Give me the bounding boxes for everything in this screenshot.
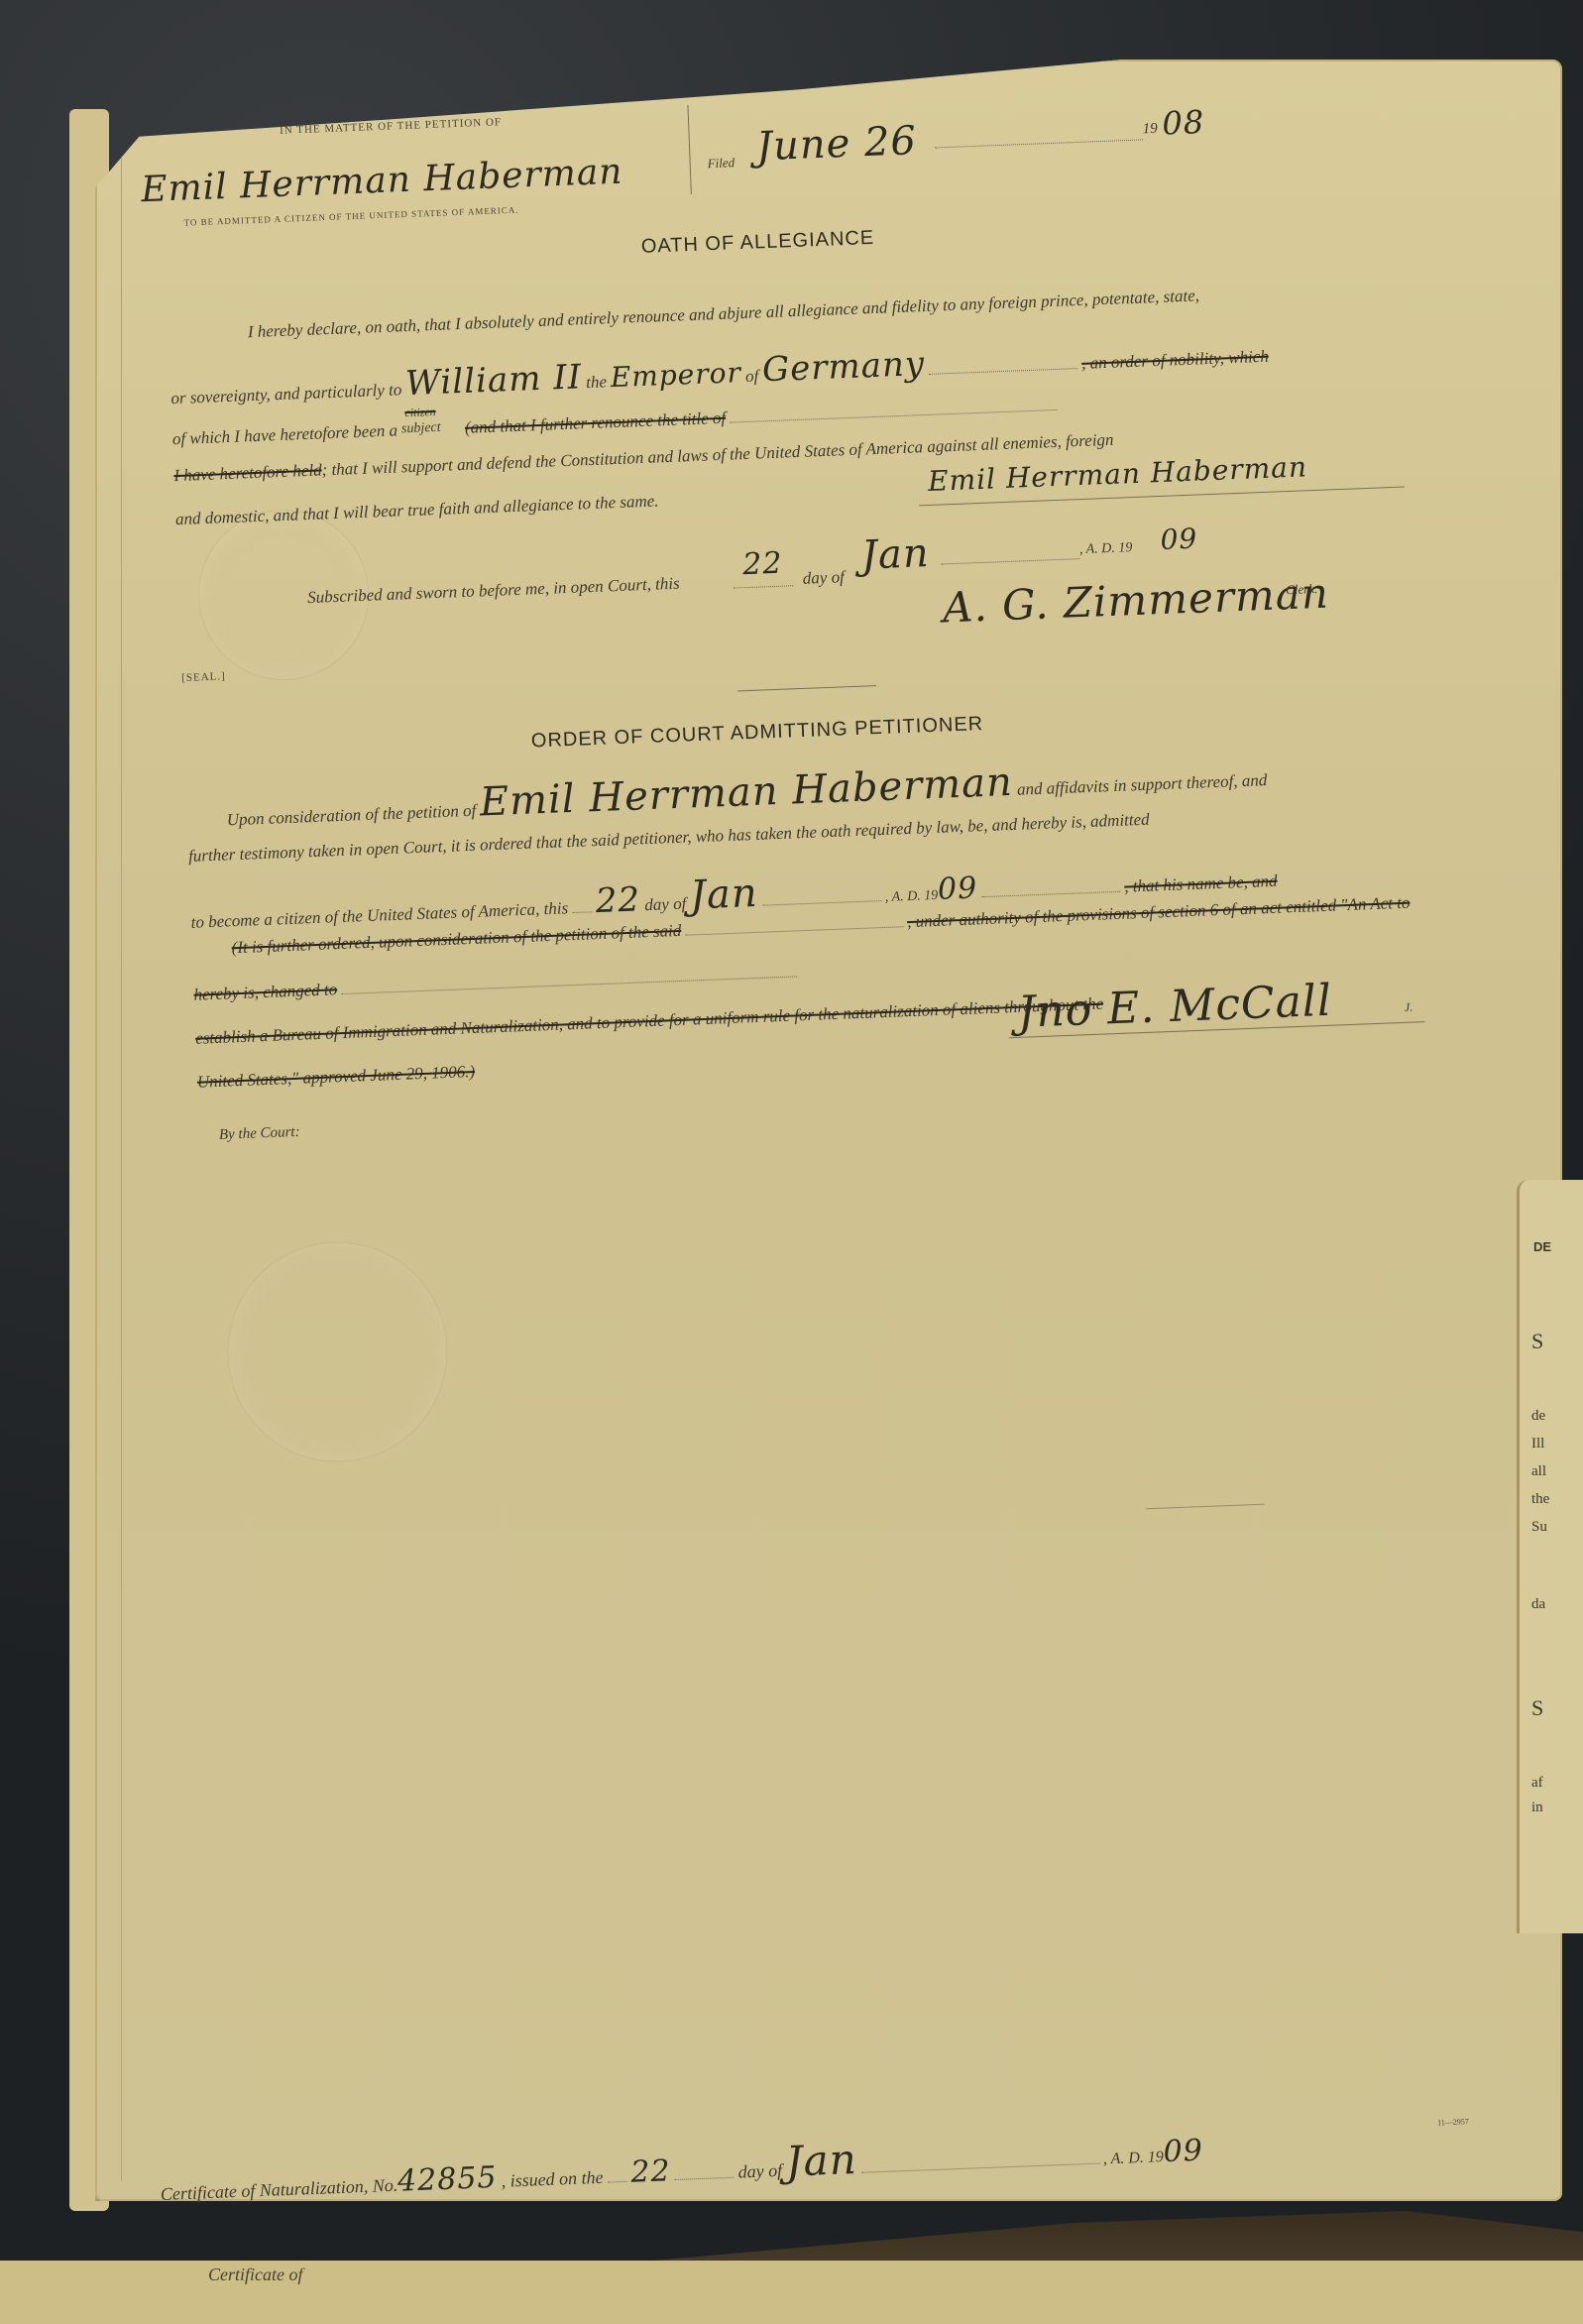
struck-paragraph-line-3: establish a Bureau of Immigration and Na… (195, 994, 1104, 1049)
certificate-day-handwritten: 22 (630, 2153, 672, 2190)
struck-title-clause: (and that I further renounce the title o… (465, 408, 727, 437)
filed-year-handwritten: 08 (1162, 103, 1205, 143)
blank-line (675, 2177, 735, 2180)
of-label: of (745, 366, 759, 385)
struck-paragraph-line-2: hereby is, changed to (193, 962, 797, 1004)
order-line-1-prefix: Upon consideration of the petition of (226, 801, 476, 830)
struck-changed-to: hereby is, changed to (193, 980, 337, 1004)
certificate-label: Certificate of Naturalization, No. (161, 2175, 398, 2204)
filed-date-handwritten: June 26 (755, 118, 917, 170)
oath-day-handwritten: 22 (742, 546, 784, 583)
order-title: ORDER OF COURT ADMITTING PETITIONER (531, 713, 984, 754)
seal-label: [SEAL.] (181, 670, 226, 684)
underlying-page: Certificate of (0, 2261, 1583, 2324)
the-label: the (586, 372, 607, 392)
inserted-subject: subject (401, 420, 441, 438)
stray-mark (1146, 1504, 1265, 1510)
certificate-day-of-label: day of (737, 2160, 782, 2182)
certificate-year-handwritten: 09 (1163, 2134, 1204, 2170)
petitioner-name-handwritten: Emil Herrman Haberman (141, 152, 624, 211)
clerk-signature: A. G. Zimmerman (942, 569, 1329, 633)
certificate-month-handwritten: Jan (785, 2135, 858, 2186)
day-line (734, 585, 793, 588)
order-day-of-label: day of (644, 894, 687, 915)
certificate-ad-label: , A. D. 19 (1103, 2149, 1165, 2167)
blank-line (762, 900, 881, 906)
by-court-label: By the Court: (219, 1124, 300, 1144)
struck-nobility-clause: , an order of nobility, which (1081, 347, 1269, 373)
oath-ad-label: , A. D. 19 (1079, 540, 1133, 558)
oath-line-2-prefix: or sovereignty, and particularly to (170, 380, 402, 407)
underlying-page-text: Certificate of (208, 2265, 302, 2285)
oath-title: OATH OF ALLEGIANCE (640, 227, 874, 259)
blank-line (608, 2181, 627, 2183)
oath-line-2: or sovereignty, and particularly to Will… (170, 331, 1269, 413)
month-line (941, 558, 1079, 564)
blank-line (730, 409, 1057, 423)
petitioner-oath-signature: Emil Herrman Haberman (928, 450, 1308, 498)
blank-line (929, 368, 1077, 375)
oath-year-handwritten: 09 (1160, 523, 1198, 556)
order-day-handwritten: 22 (595, 879, 641, 921)
order-year-handwritten: 09 (937, 871, 978, 907)
blank-line (861, 2163, 1099, 2173)
judge-signature: Jno E. McCall (1017, 976, 1333, 1038)
struck-paragraph-line-4: United States," approved June 29, 1906.) (197, 1062, 476, 1093)
order-line-1-suffix: and affidavits in support thereof, and (1017, 770, 1268, 799)
issued-label: , issued on the (501, 2167, 604, 2191)
naturalization-form: IN THE MATTER OF THE PETITION OF Emil He… (119, 26, 1583, 2179)
blank-line (982, 891, 1121, 897)
oath-line-1: I hereby declare, on oath, that I absolu… (248, 286, 1200, 342)
oath-line-3-prefix: of which I have heretofore been a (172, 420, 398, 448)
order-ad-label: , A. D. 19 (885, 888, 939, 905)
admitted-label: TO BE ADMITTED A CITIZEN OF THE UNITED S… (183, 205, 518, 228)
oath-line-5: and domestic, and that I will bear true … (175, 491, 659, 529)
blank-line (341, 976, 797, 994)
oath-day-of-label: day of (802, 567, 845, 589)
country-handwritten: Germany (761, 344, 926, 390)
form-number: 11—2957 (1437, 2117, 1469, 2127)
struck-heretofore-held: I have heretofore held (173, 460, 322, 485)
blank-line (572, 911, 592, 913)
certificate-number-handwritten: 42855 (396, 2160, 498, 2199)
order-petitioner-name-handwritten: Emil Herrman Haberman (479, 759, 1014, 826)
embossed-seal (223, 1237, 451, 1465)
sovereign-title-handwritten: Emperor (610, 356, 741, 394)
filed-label: Filed (707, 155, 735, 172)
sovereign-name-handwritten: William II (404, 357, 582, 404)
filed-year-prefix: 19 (1142, 121, 1158, 139)
struck-name-change: , that his name be, and (1124, 871, 1278, 896)
order-month-handwritten: Jan (689, 871, 758, 919)
bracket-line (687, 105, 691, 194)
blank-line (685, 926, 903, 935)
section-divider (737, 685, 876, 691)
oath-month-handwritten: Jan (860, 530, 930, 579)
citizen-subject-correction: citizen subject (400, 413, 461, 435)
struck-citizen: citizen (404, 405, 436, 420)
matter-label: IN THE MATTER OF THE PETITION OF (280, 116, 502, 137)
judge-suffix: J. (1405, 1000, 1413, 1015)
filed-date-line (935, 139, 1143, 148)
clerk-label: , Clerk. (1279, 581, 1317, 598)
